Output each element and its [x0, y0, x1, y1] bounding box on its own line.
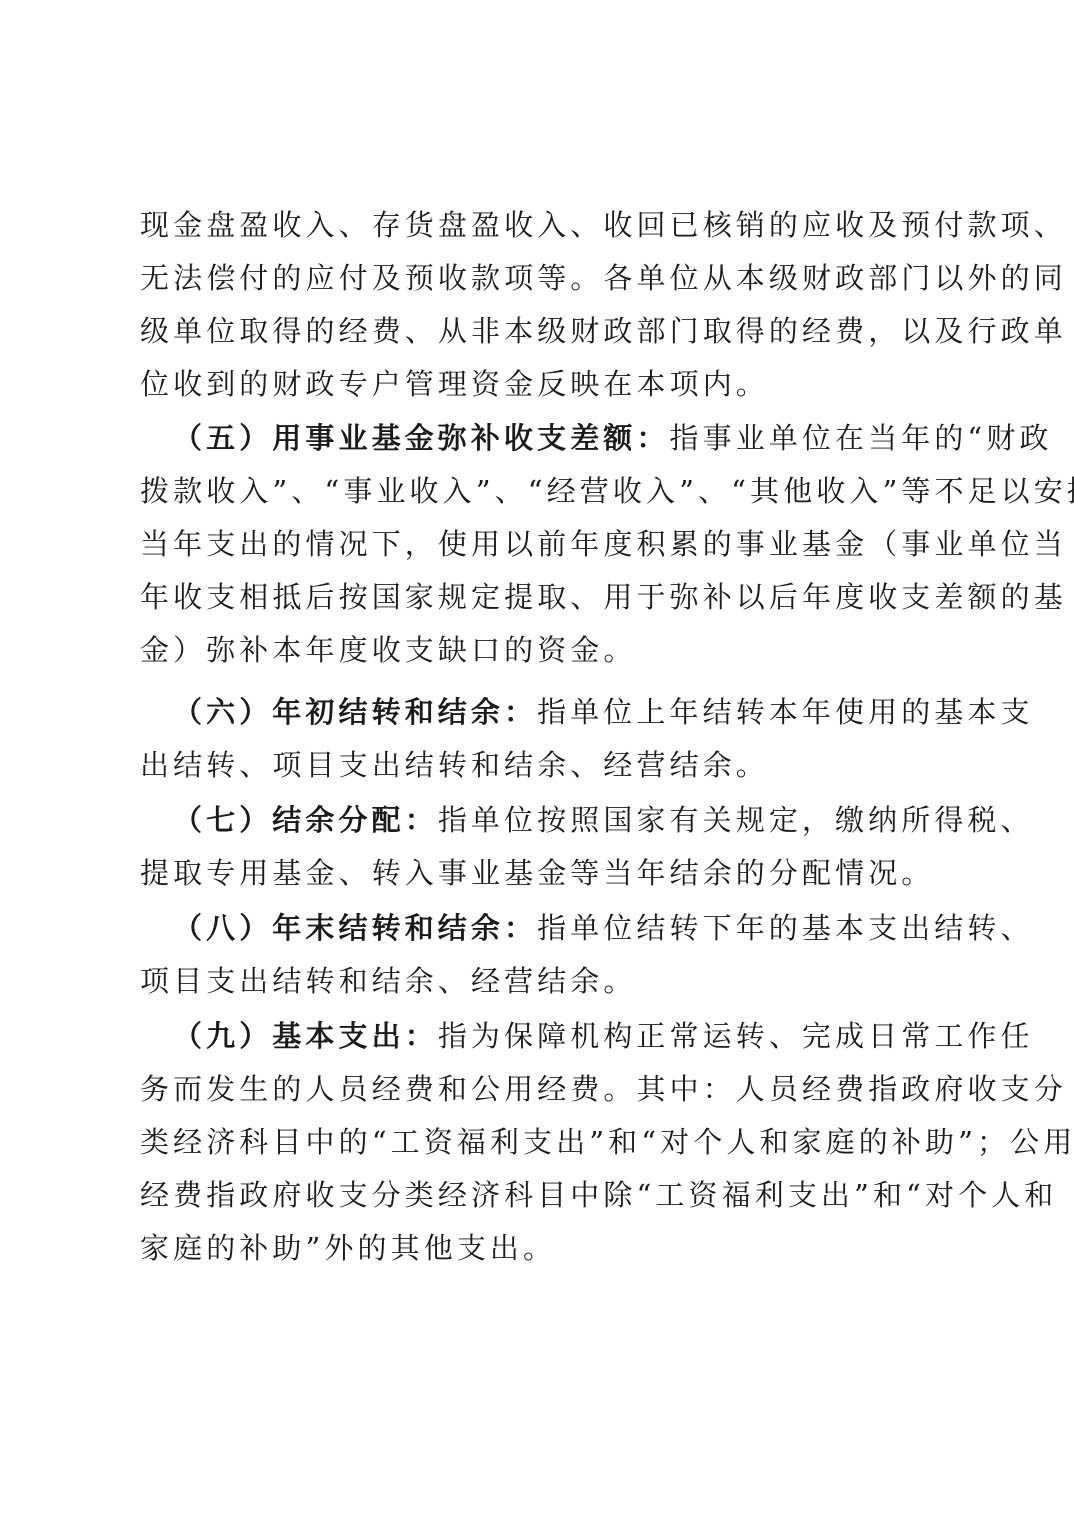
text-line: 当年支出的情况下，使用以前年度积累的事业基金（事业单位当 [140, 524, 940, 564]
text-line: 务而发生的人员经费和公用经费。其中：人员经费指政府收支分 [140, 1069, 940, 1109]
paragraph-heading: （七）结余分配： [173, 803, 438, 837]
paragraph-heading: （八）年末结转和结余： [173, 911, 537, 945]
text-line: 经费指政府收支分类经济科目中除“工资福利支出”和“对个人和 [140, 1175, 940, 1215]
paragraph-text: 指为保障机构正常运转、完成日常工作任 [438, 1019, 1034, 1053]
text-line: 家庭的补助”外的其他支出。 [140, 1228, 940, 1268]
paragraph-first-line: （八）年末结转和结余：指单位结转下年的基本支出结转、 [173, 908, 940, 948]
text-line: 级单位取得的经费、从非本级财政部门取得的经费，以及行政单 [140, 311, 940, 351]
text-line: 位收到的财政专户管理资金反映在本项内。 [140, 364, 940, 404]
text-line: 金）弥补本年度收支缺口的资金。 [140, 630, 940, 670]
paragraph-heading: （五）用事业基金弥补收支差额： [173, 421, 670, 455]
paragraph-text: 指事业单位在当年的“财政 [670, 421, 1053, 455]
paragraph-text: 指单位上年结转本年使用的基本支 [537, 695, 1034, 729]
text-line: 项目支出结转和结余、经营结余。 [140, 961, 940, 1001]
paragraph-first-line: （七）结余分配：指单位按照国家有关规定，缴纳所得税、 [173, 800, 940, 840]
text-line: 无法偿付的应付及预收款项等。各单位从本级财政部门以外的同 [140, 258, 940, 298]
text-line: 拨款收入”、“事业收入”、“经营收入”、“其他收入”等不足以安排 [140, 471, 940, 511]
paragraph-heading: （九）基本支出： [173, 1019, 438, 1053]
paragraph-first-line: （五）用事业基金弥补收支差额：指事业单位在当年的“财政 [173, 418, 940, 458]
text-line: 出结转、项目支出结转和结余、经营结余。 [140, 745, 940, 785]
text-line: 提取专用基金、转入事业基金等当年结余的分配情况。 [140, 853, 940, 893]
paragraph-text: 指单位结转下年的基本支出结转、 [537, 911, 1034, 945]
paragraph-heading: （六）年初结转和结余： [173, 695, 537, 729]
text-line: 现金盘盈收入、存货盘盈收入、收回已核销的应收及预付款项、 [140, 205, 940, 245]
paragraph-text: 指单位按照国家有关规定，缴纳所得税、 [438, 803, 1034, 837]
text-line: 类经济科目中的“工资福利支出”和“对个人和家庭的补助”；公用 [140, 1122, 940, 1162]
paragraph-first-line: （六）年初结转和结余：指单位上年结转本年使用的基本支 [173, 692, 940, 732]
paragraph-first-line: （九）基本支出：指为保障机构正常运转、完成日常工作任 [173, 1016, 940, 1056]
text-line: 年收支相抵后按国家规定提取、用于弥补以后年度收支差额的基 [140, 577, 940, 617]
